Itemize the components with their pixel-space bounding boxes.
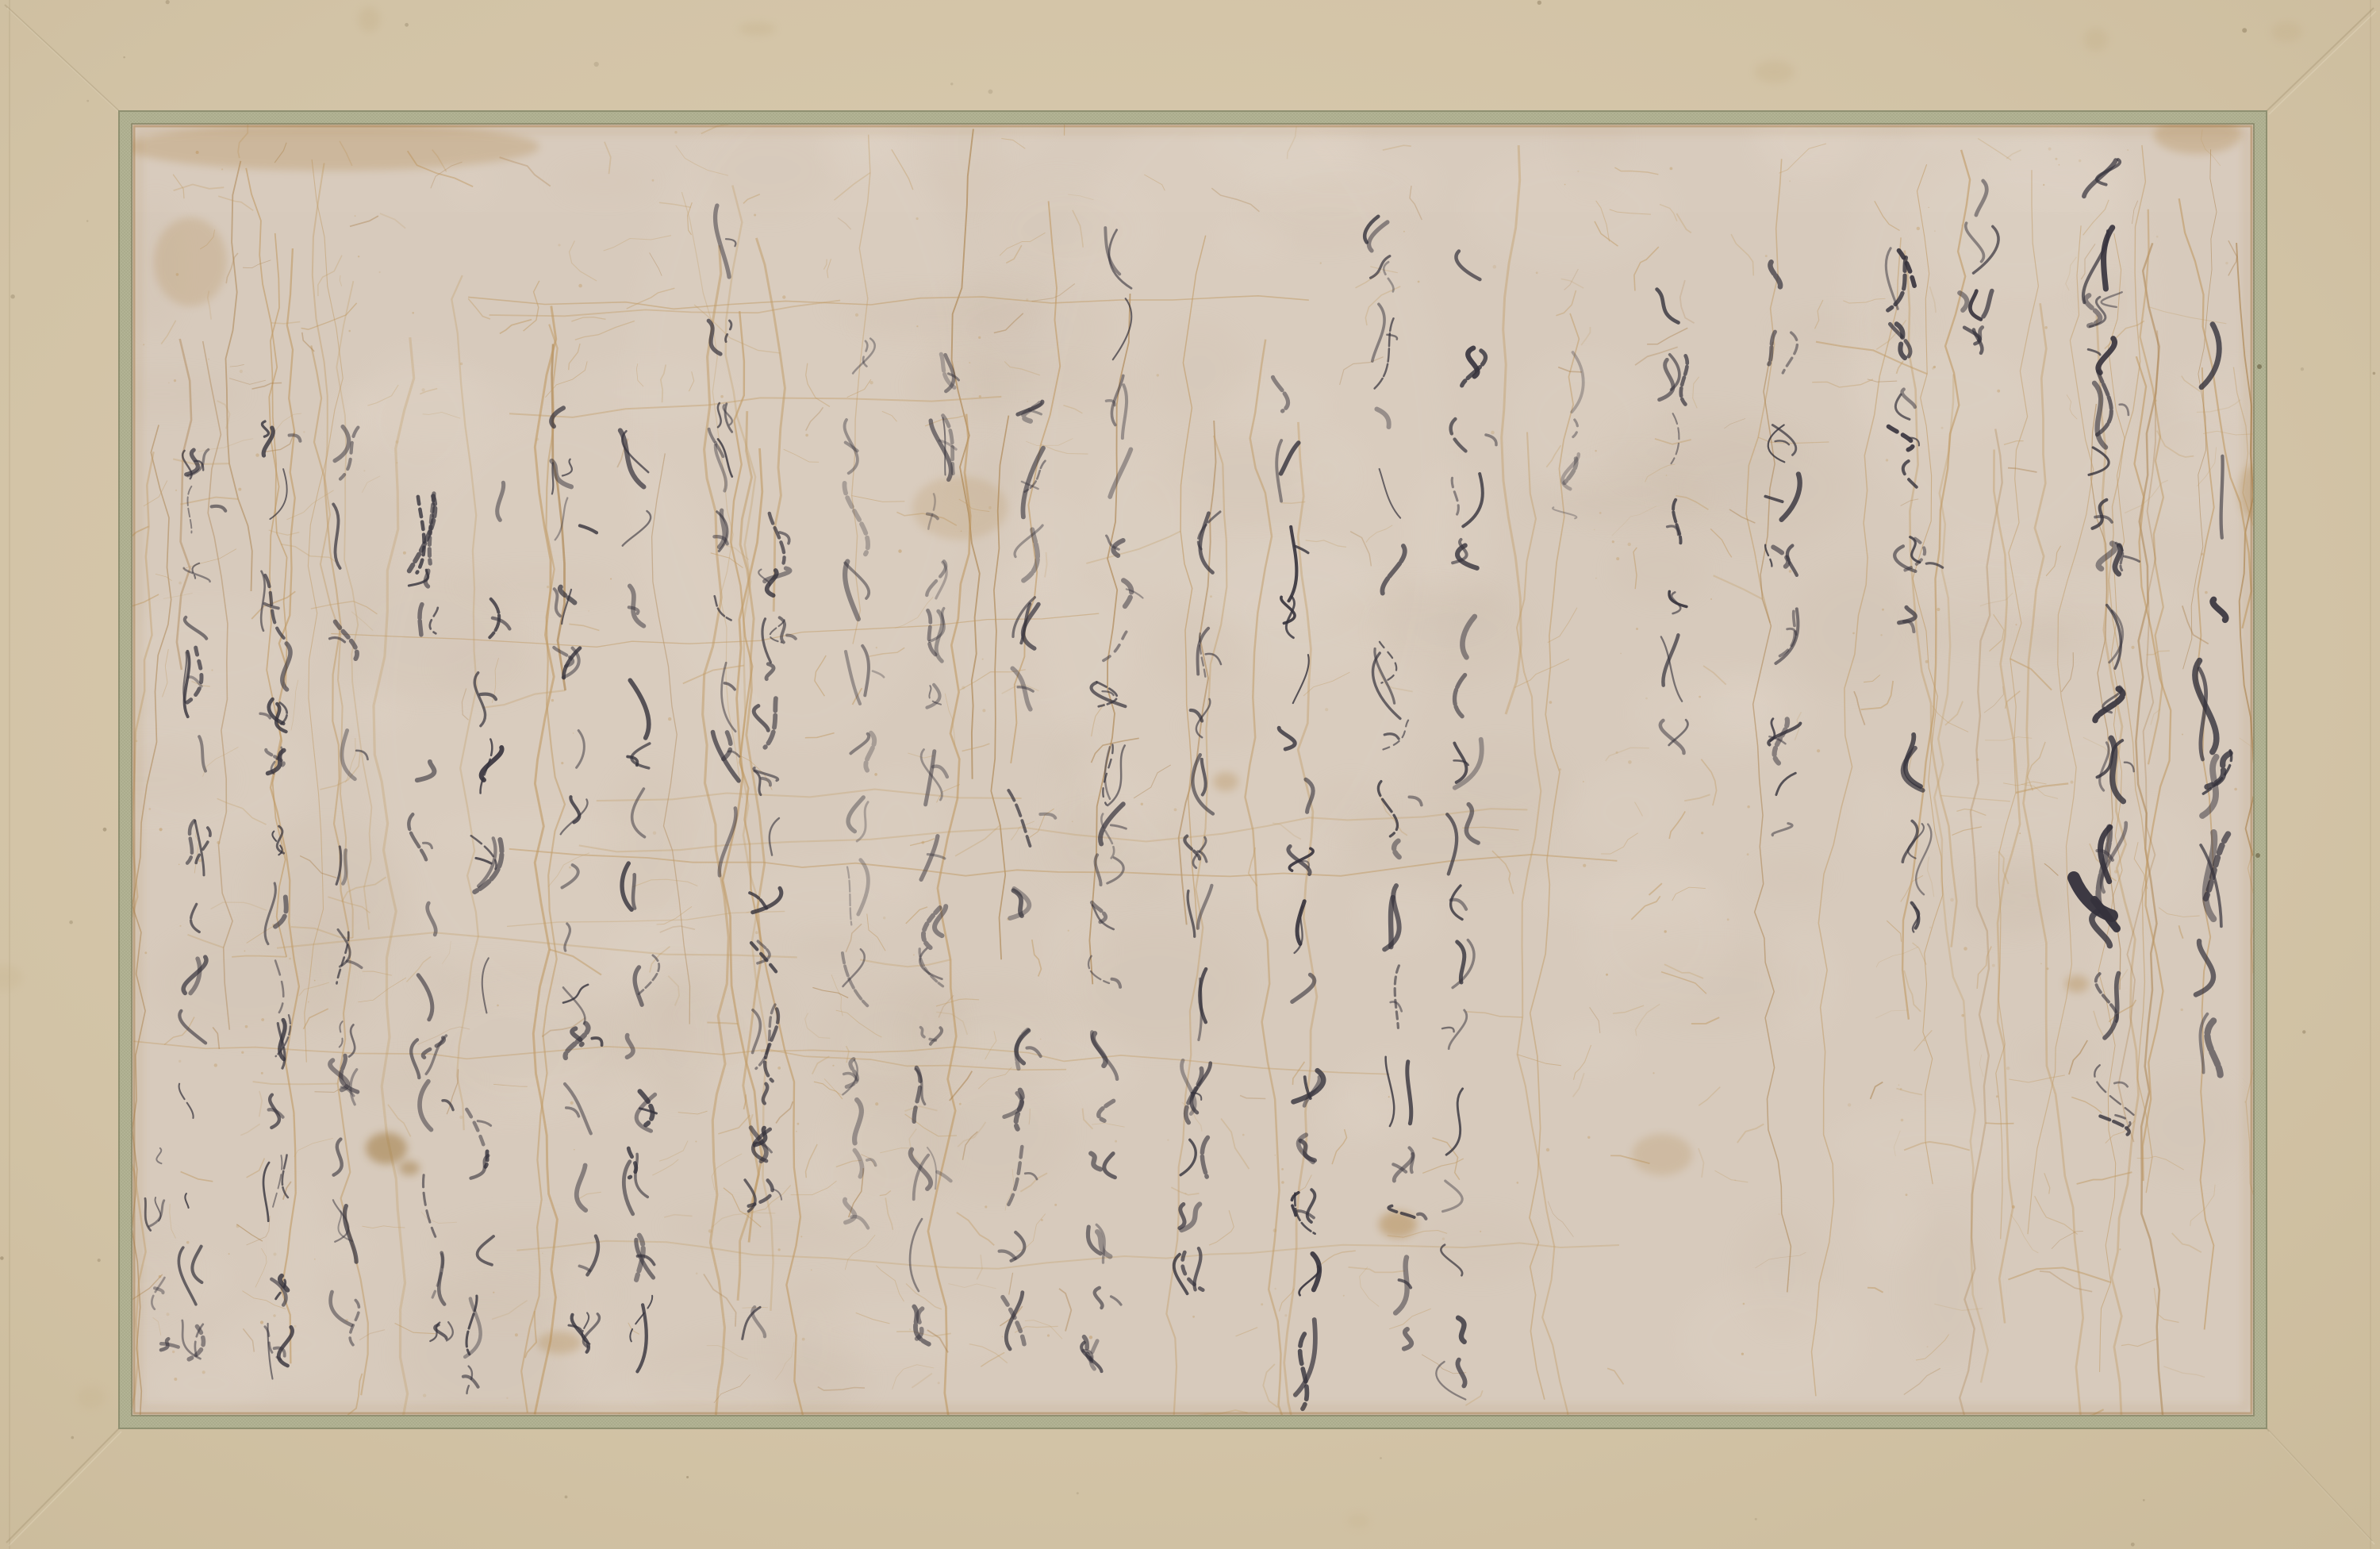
scroll-photograph	[0, 0, 2380, 1549]
artwork-frame	[0, 0, 2380, 1549]
